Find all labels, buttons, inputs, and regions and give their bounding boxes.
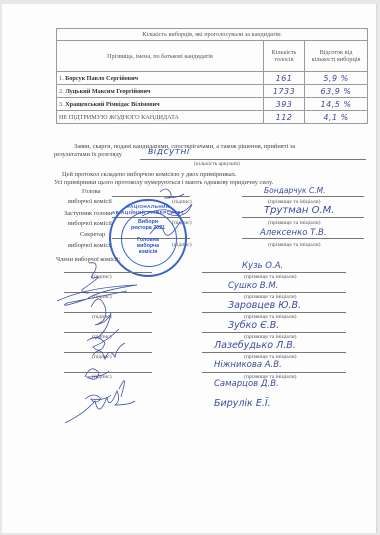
role-label: виборчої комісії [68, 220, 112, 227]
candidate-name: Хращевський Рімвідас Вілімович [65, 101, 159, 108]
name-line [242, 217, 364, 218]
role-label: Заступник голови [64, 210, 112, 217]
table-row: НЕ ПІДТРИМУЮ ЖОДНОГО КАНДИДАТА 112 4,1 % [57, 111, 368, 124]
vote-count: 1733 [273, 87, 295, 96]
vote-count: 161 [276, 74, 293, 83]
member-signatures [47, 259, 157, 429]
complaints-text-cont: результатами їх розгляду [54, 151, 122, 158]
vote-percent: 63,9 % [321, 87, 352, 96]
complaints-value: відсутні [148, 147, 190, 157]
header-votes: Кількість голосів [264, 41, 305, 72]
complaints-text: Заяви, скарги, подані кандидатами, спост… [74, 143, 370, 150]
name-line [202, 372, 346, 373]
role-label: виборчої комісії [68, 242, 112, 249]
member-name: Сушко В.М. [228, 281, 278, 291]
stamp-outer-text: НАЦІОНАЛЬНИЙ АВІАЦІЙНИЙ УНІВЕРСИТЕТ [111, 204, 185, 216]
officer-name: Бондарчук С.М. [264, 186, 325, 195]
header-name: Прізвища, імена, по батькові кандидатів [57, 41, 264, 72]
member-name: Бирулік Е.Ї. [214, 398, 271, 409]
vote-percent: 5,9 % [323, 74, 348, 83]
stamp-text: комісія [111, 249, 185, 255]
member-name: Лазебудько Л.В. [214, 340, 296, 351]
member-name: Заровцев Ю.В. [228, 300, 301, 311]
name-line [202, 332, 346, 333]
table-row: 2. Луцький Максим Георгійович 1733 63,9 … [57, 85, 368, 98]
against-all-label: НЕ ПІДТРИМУЮ ЖОДНОГО КАНДИДАТА [59, 114, 179, 121]
vote-count: 112 [276, 113, 293, 122]
name-line [202, 292, 346, 293]
complaints-line [140, 159, 366, 160]
name-caption: (прізвище та ініціали) [268, 242, 320, 248]
name-line [202, 352, 346, 353]
name-line [202, 272, 346, 273]
candidate-name: Борсук Павло Сергійович [65, 75, 138, 82]
table-row: 1. Борсук Павло Сергійович 161 5,9 % [57, 72, 368, 85]
officer-name: Алексенко Т.В. [260, 228, 327, 238]
candidate-name: Луцький Максим Георгійович [65, 88, 150, 95]
name-caption: (прізвище та ініціали) [244, 274, 296, 280]
header-percent: Відсоток від кількості виборців [305, 41, 368, 72]
results-table: Кількість виборців, які проголосували за… [56, 28, 368, 124]
vote-percent: 14,5 % [321, 100, 352, 109]
row-number: 3. [59, 101, 64, 108]
name-line [242, 196, 364, 197]
table-row: 3. Хращевський Рімвідас Вілімович 393 14… [57, 98, 368, 111]
table-title: Кількість виборців, які проголосували за… [57, 29, 368, 41]
officer-name: Трутман О.М. [264, 205, 334, 216]
complaints-caption: (кількість аркушів) [194, 161, 240, 167]
role-label: Секретар [80, 231, 105, 238]
name-line [242, 238, 364, 239]
member-name: Ніжникова А.В. [214, 360, 282, 370]
member-name: Кузь О.А. [242, 261, 283, 271]
stamp-text: ректора 2021 [111, 225, 185, 231]
member-name: Самарцов Д.В. [214, 379, 279, 389]
protocol-page: Кількість виборців, які проголосували за… [2, 4, 377, 533]
role-label: виборчої комісії [68, 198, 112, 205]
member-name: Зубко Є.В. [228, 320, 279, 331]
vote-count: 393 [276, 100, 293, 109]
vote-percent: 4,1 % [323, 113, 348, 122]
statement-line1: Цей протокол складено виборчою комісією … [62, 171, 237, 178]
name-caption: (прізвище та ініціали) [268, 220, 320, 226]
name-line [202, 312, 346, 313]
role-label: Голова [82, 188, 100, 195]
row-number: 1. [59, 75, 64, 82]
row-number: 2. [59, 88, 64, 95]
